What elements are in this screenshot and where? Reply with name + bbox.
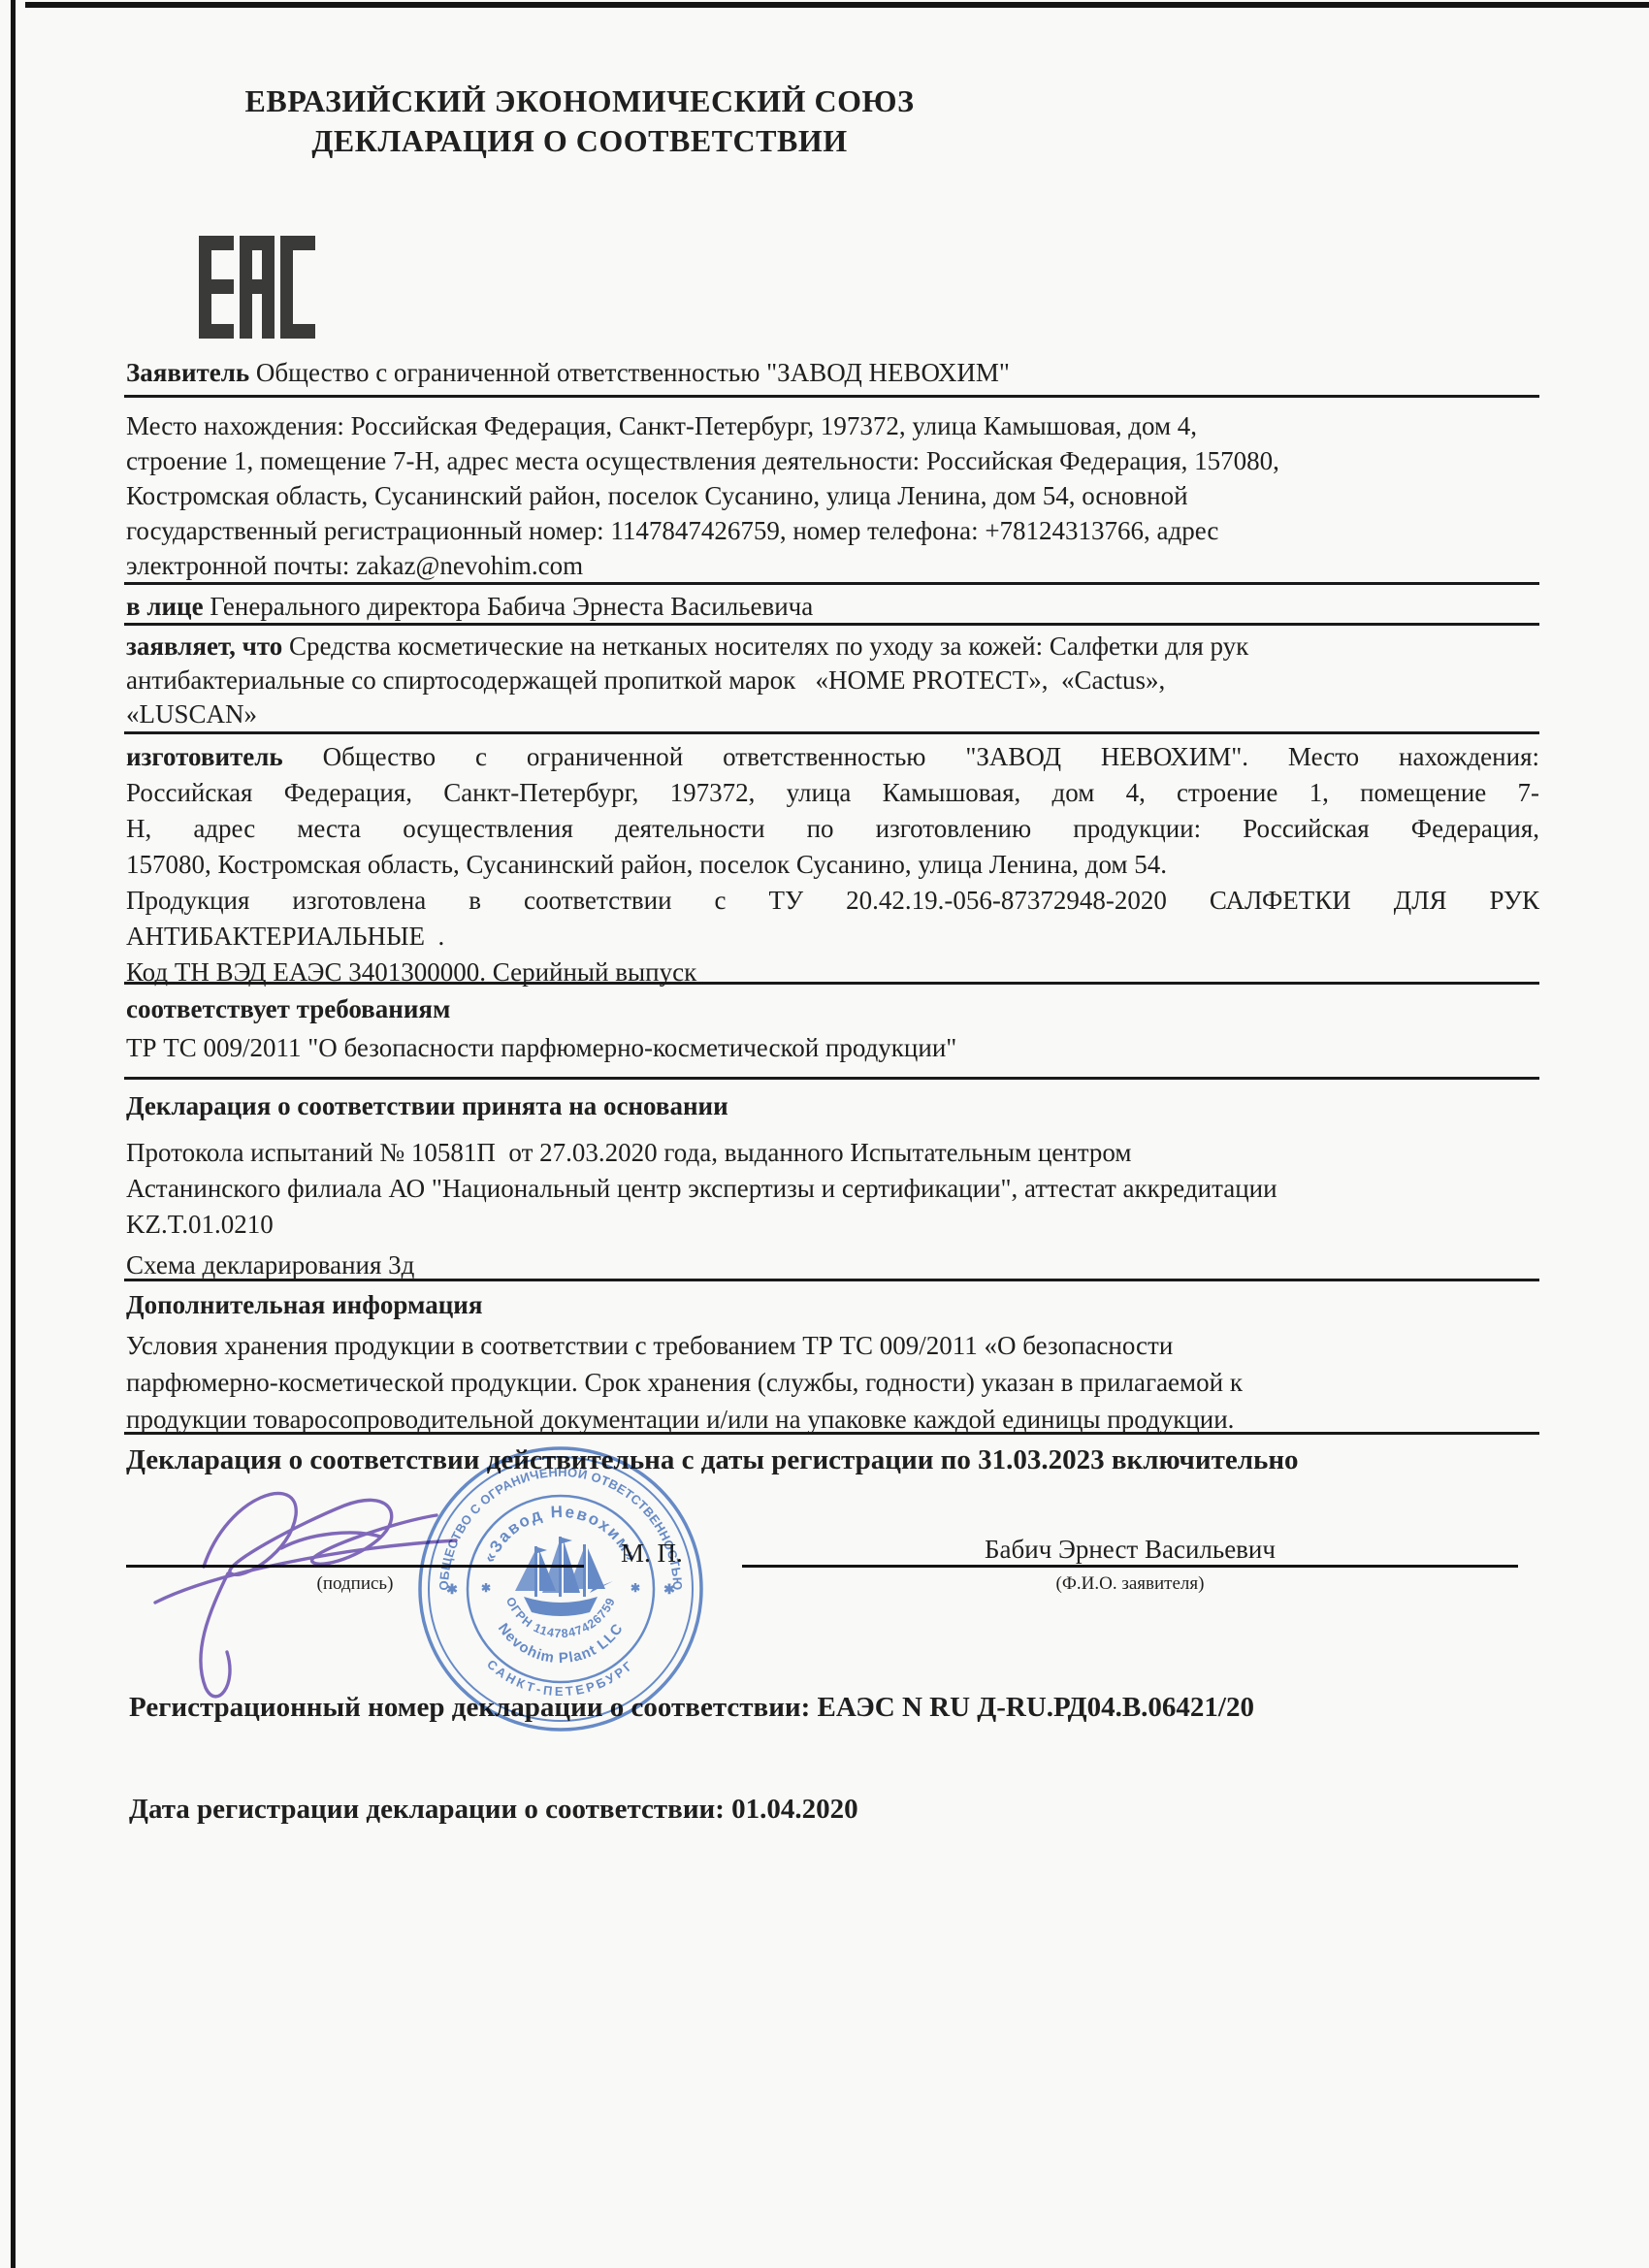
eac-logo-icon (199, 236, 315, 343)
text-line: Общество с ограниченной ответственностью… (283, 742, 1539, 771)
text-line: АНТИБАКТЕРИАЛЬНЫЕ . (126, 919, 1539, 955)
applicant-fio: Бабич Эрнест Васильевич (742, 1535, 1518, 1565)
text-line: Российская Федерация, Санкт-Петербург, 1… (126, 775, 1539, 811)
text-line: Условия хранения продукции в соответстви… (126, 1327, 1539, 1364)
basis-paragraph: Протокола испытаний № 10581П от 27.03.20… (126, 1135, 1539, 1243)
text-line: KZ.T.01.0210 (126, 1207, 1539, 1243)
text-line: строение 1, помещение 7-Н, адрес места о… (126, 443, 1539, 478)
declares-paragraph: заявляет, что Средства косметические на … (126, 630, 1539, 731)
text-line: парфюмерно-косметической продукции. Срок… (126, 1364, 1539, 1401)
document-header: ЕВРАЗИЙСКИЙ ЭКОНОМИЧЕСКИЙ СОЮЗ ДЕКЛАРАЦИ… (0, 81, 1159, 161)
text-line: электронной почты: zakaz@nevohim.com (126, 548, 1539, 583)
stamp-star-inner-right: ✱ (630, 1581, 640, 1595)
registration-date-line: Дата регистрации декларации о соответств… (129, 1793, 858, 1826)
applicant-value: Общество с ограниченной ответственностью… (249, 358, 1010, 387)
text-line: Костромская область, Сусанинский район, … (126, 478, 1539, 513)
tnved-code-line: Код ТН ВЭД ЕАЭС 3401300000. Серийный вып… (126, 955, 1539, 990)
fio-line (742, 1565, 1518, 1568)
divider (124, 1077, 1539, 1080)
divider (124, 582, 1539, 585)
representative-label: в лице (126, 592, 204, 621)
text-line: 157080, Костромская область, Сусанинский… (126, 847, 1539, 883)
manufacturer-paragraph: изготовитель Общество с ограниченной отв… (126, 739, 1539, 990)
fio-caption: (Ф.И.О. заявителя) (742, 1573, 1518, 1595)
basis-heading: Декларация о соответствии принята на осн… (126, 1088, 1539, 1123)
text-line: Продукция изготовлена в соответствии с Т… (126, 883, 1539, 919)
text-line: «LUSCAN» (126, 697, 1539, 731)
scan-edge-left (11, 0, 16, 2268)
text-line: Астанинского филиала АО "Национальный це… (126, 1171, 1539, 1207)
divider (124, 395, 1539, 398)
divider (124, 623, 1539, 626)
location-paragraph: Место нахождения: Российская Федерация, … (126, 408, 1539, 583)
additional-info-paragraph: Условия хранения продукции в соответстви… (126, 1327, 1539, 1438)
text-line: государственный регистрационный номер: 1… (126, 513, 1539, 548)
complies-text: ТР ТС 009/2011 "О безопасности парфюмерн… (126, 1030, 1539, 1065)
divider (124, 982, 1539, 985)
text-line: Протокола испытаний № 10581П от 27.03.20… (126, 1135, 1539, 1171)
divider (124, 1432, 1539, 1435)
text-line: Средства косметические на нетканых носит… (282, 632, 1248, 661)
manufacturer-label: изготовитель (126, 742, 283, 771)
applicant-row: Заявитель Общество с ограниченной ответс… (126, 355, 1539, 390)
text-line: Место нахождения: Российская Федерация, … (126, 408, 1539, 443)
page-title-line2: ДЕКЛАРАЦИЯ О СООТВЕТСТВИИ (0, 121, 1159, 161)
representative-value: Генерального директора Бабича Эрнеста Ва… (204, 592, 814, 621)
text-line: Н, адрес места осуществления деятельност… (126, 811, 1539, 847)
divider (124, 1279, 1539, 1281)
applicant-label: Заявитель (126, 358, 249, 387)
complies-heading: соответствует требованиям (126, 991, 1539, 1026)
stamp-star-right: ✱ (663, 1581, 675, 1597)
scan-edge-top (25, 2, 1649, 8)
text-line: антибактериальные со спиртосодержащей пр… (126, 664, 1539, 697)
declaration-scheme-line: Схема декларирования 3д (126, 1247, 1539, 1282)
scanned-declaration-page: { "page": { "title_line1": "ЕВРАЗИЙСКИЙ … (0, 0, 1649, 2268)
page-title-line1: ЕВРАЗИЙСКИЙ ЭКОНОМИЧЕСКИЙ СОЮЗ (0, 81, 1159, 121)
declares-label: заявляет, что (126, 632, 282, 661)
representative-row: в лице Генерального директора Бабича Эрн… (126, 589, 1539, 624)
divider (124, 731, 1539, 734)
handwritten-signature (136, 1455, 553, 1722)
additional-info-heading: Дополнительная информация (126, 1287, 1539, 1322)
